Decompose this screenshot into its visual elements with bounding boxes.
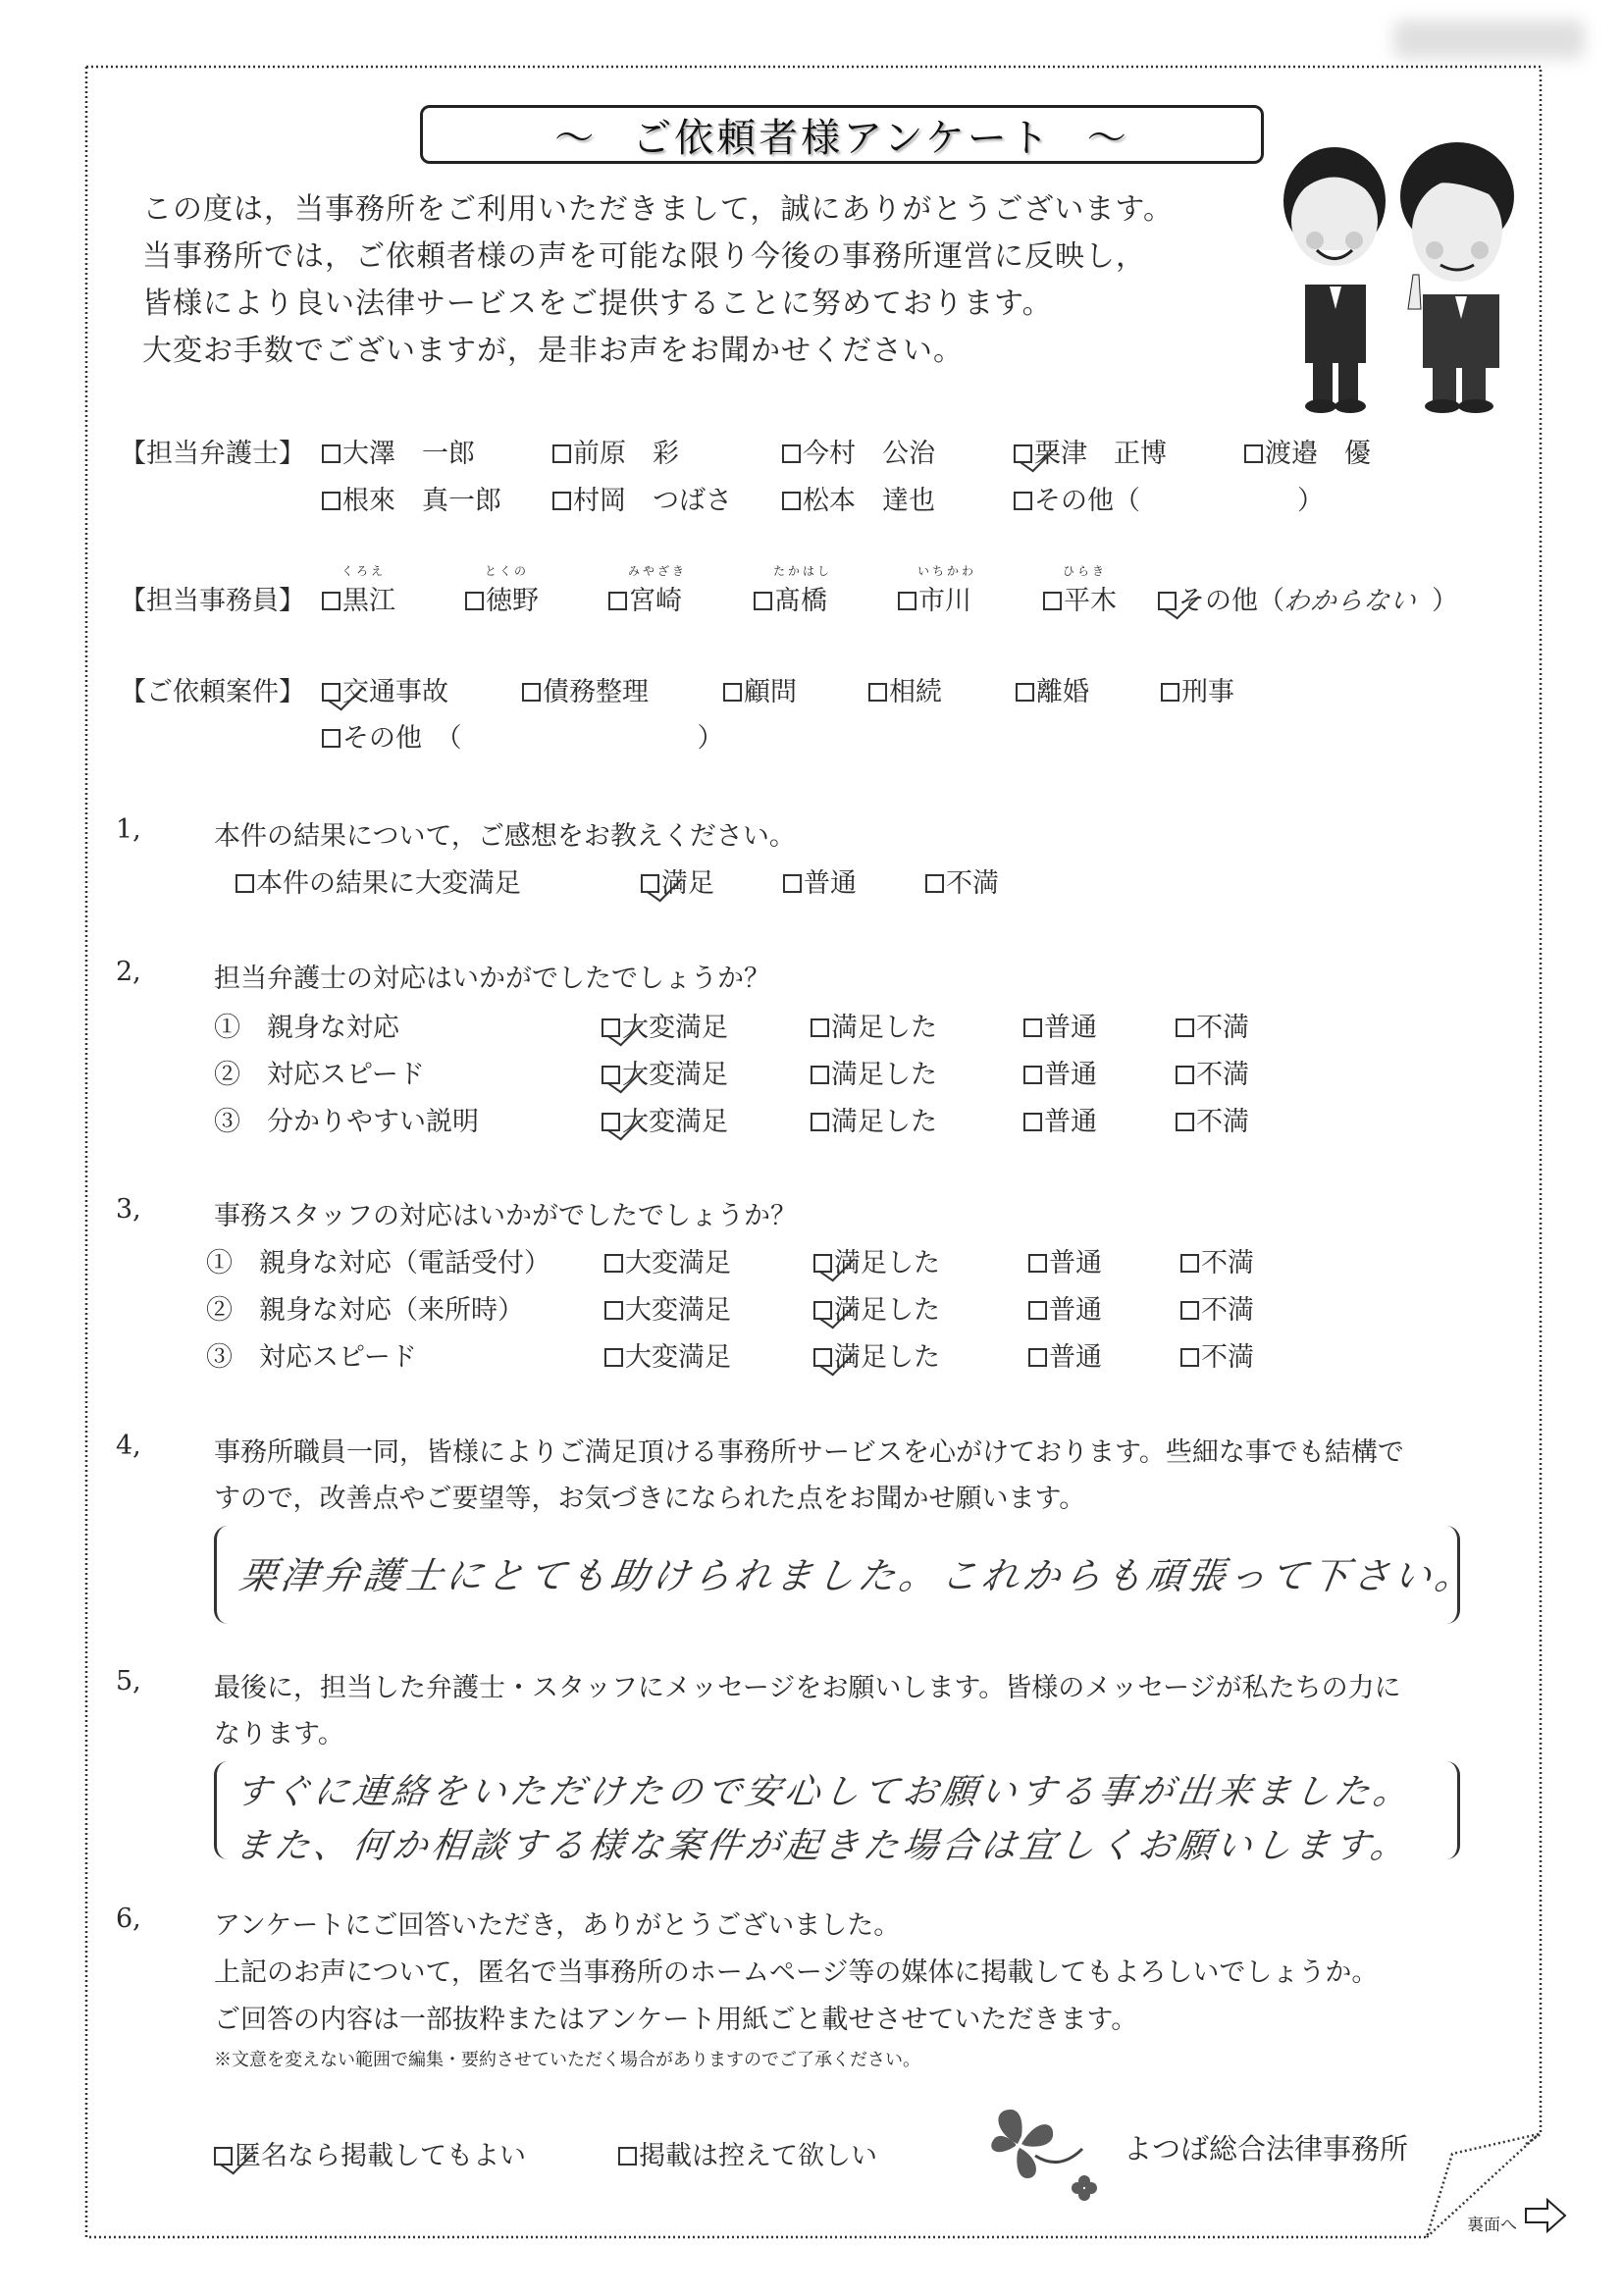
rating-option[interactable]: 不満 <box>1180 1241 1254 1279</box>
option-label: 本件の結果に大変満足 <box>256 861 521 900</box>
option-label: 徳野 <box>486 579 539 617</box>
option-label: 大変満足 <box>625 1335 731 1374</box>
checkbox[interactable] <box>782 492 801 510</box>
intro-line: 当事務所では，ご依頼者様の声を可能な限り今後の事務所運営に反映し， <box>142 234 1174 281</box>
tilde-right: ～ <box>1087 107 1129 163</box>
title-text: ご依頼者様アンケート <box>632 107 1052 163</box>
q1-option[interactable]: 満足 <box>641 861 714 900</box>
rating-option[interactable]: 大変満足 <box>604 1288 731 1327</box>
staff-option-other[interactable]: その他（わからない） <box>1158 579 1458 617</box>
option-label: 平木 <box>1064 579 1117 617</box>
option-label: 市川 <box>918 579 971 617</box>
q1-option[interactable]: 本件の結果に大変満足 <box>236 861 521 900</box>
question-text: 上記のお声について，匿名で当事務所のホームページ等の媒体に掲載してもよろしいでし… <box>214 1951 1378 1989</box>
checkbox-checked[interactable] <box>602 1113 620 1131</box>
publish-option[interactable]: 掲載は控えて欲しい <box>618 2134 877 2172</box>
furigana: くろえ <box>341 562 386 579</box>
lawyers-label: 【担当弁護士】 <box>120 432 305 470</box>
checkbox[interactable] <box>236 874 254 893</box>
rating-option[interactable]: 普通 <box>1028 1288 1102 1327</box>
case-option-other[interactable]: その他 （） <box>322 716 724 755</box>
case-option[interactable]: 債務整理 <box>522 670 649 708</box>
rating-option[interactable]: 不満 <box>1176 1006 1249 1044</box>
checkbox[interactable] <box>1016 683 1034 702</box>
option-label: 不満 <box>1196 1100 1249 1138</box>
option-label: 不満 <box>1201 1335 1254 1374</box>
lawyer-option[interactable]: 今村 公治 <box>782 432 935 470</box>
checkbox[interactable] <box>1161 683 1179 702</box>
staff-option[interactable]: みやざき宮崎 <box>608 579 682 617</box>
other-input-handwritten[interactable]: わからない <box>1282 581 1434 617</box>
option-label: 松本 達也 <box>803 479 935 517</box>
checkbox[interactable] <box>754 592 772 610</box>
furigana: みやざき <box>628 562 687 579</box>
checkbox[interactable] <box>1176 1113 1194 1131</box>
option-label: 刑事 <box>1181 670 1234 708</box>
checkbox[interactable] <box>604 1348 623 1367</box>
option-label: 満足した <box>831 1053 937 1091</box>
staff-option[interactable]: とくの徳野 <box>465 579 539 617</box>
clover-logo-icon <box>986 2105 1104 2213</box>
checkbox-checked[interactable] <box>214 2147 233 2166</box>
lawyer-option[interactable]: 栗津 正博 <box>1014 432 1167 470</box>
question-number: 2, <box>116 957 141 987</box>
intro-line: 大変お手数でございますが，是非お声をお聞かせください。 <box>142 328 1174 375</box>
case-option[interactable]: 顧問 <box>723 670 797 708</box>
rating-option[interactable]: 大変満足 <box>604 1241 731 1279</box>
rating-option[interactable]: 普通 <box>1023 1053 1097 1091</box>
tilde-left: ～ <box>554 107 597 163</box>
checkbox[interactable] <box>1023 1018 1042 1037</box>
lawyers-illustration <box>1256 137 1521 422</box>
lawyer-option-other[interactable]: その他（） <box>1014 479 1324 517</box>
option-label: 村岡 つばさ <box>573 479 732 517</box>
handwritten-answer: 栗津弁護士にとても助けられました。これからも頑張って下さい。 <box>236 1545 1481 1599</box>
option-label: 大変満足 <box>625 1288 731 1327</box>
option-label: 根來 真一郎 <box>342 479 501 517</box>
option-label: 満足した <box>831 1100 937 1138</box>
option-label: 普通 <box>804 861 857 900</box>
option-label: 満足した <box>831 1006 937 1044</box>
case-option[interactable]: 相続 <box>868 670 942 708</box>
checkbox[interactable] <box>1176 1066 1194 1084</box>
option-label: 黒江 <box>342 579 395 617</box>
checkbox[interactable] <box>1023 1066 1042 1084</box>
checkbox[interactable] <box>552 492 571 510</box>
option-label: 不満 <box>1201 1241 1254 1279</box>
option-label: 前原 彩 <box>573 432 679 470</box>
staff-option[interactable]: ひらき平木 <box>1043 579 1117 617</box>
case-type-label: 【ご依頼案件】 <box>120 670 305 708</box>
checkbox[interactable] <box>1028 1348 1047 1367</box>
furigana: いちかわ <box>917 562 976 579</box>
question-text: 事務所職員一同，皆様によりご満足頂ける事務所サービスを心がけております。些細な事… <box>214 1431 1404 1469</box>
option-label: 掲載は控えて欲しい <box>639 2134 877 2172</box>
checkbox[interactable] <box>1180 1254 1199 1273</box>
checkbox[interactable] <box>618 2147 637 2166</box>
question-text: ご回答の内容は一部抜粋またはアンケート用紙ごと載せさせていただきます。 <box>214 1998 1137 2036</box>
checkbox-checked[interactable] <box>602 1018 620 1037</box>
staff-option[interactable]: たかはし髙橋 <box>754 579 827 617</box>
case-option[interactable]: 離婚 <box>1016 670 1089 708</box>
option-label: 不満 <box>1201 1288 1254 1327</box>
handwritten-answer: すぐに連絡をいただけたので安心してお願いする事が出来ました。 <box>232 1764 1416 1814</box>
rating-option[interactable]: 不満 <box>1176 1100 1249 1138</box>
rating-option[interactable]: 大変満足 <box>604 1335 731 1374</box>
lawyer-option[interactable]: 村岡 つばさ <box>552 479 732 517</box>
question-number: 6, <box>116 1904 141 1934</box>
checkbox[interactable] <box>1028 1254 1047 1273</box>
question-text: 本件の結果について，ご感想をお教えください。 <box>214 814 796 853</box>
option-label: 宮崎 <box>629 579 682 617</box>
right-arrow-icon[interactable] <box>1524 2198 1567 2233</box>
rating-option[interactable]: 不満 <box>1180 1288 1254 1327</box>
close-paren: ） <box>1297 479 1324 517</box>
option-label: 匿名なら掲載してもよい <box>235 2134 526 2172</box>
checkbox[interactable] <box>604 1301 623 1320</box>
question-text: 担当弁護士の対応はいかがでしたでしょうか？ <box>214 957 770 995</box>
checkbox[interactable] <box>1014 492 1032 510</box>
case-option[interactable]: 刑事 <box>1161 670 1234 708</box>
lawyer-option[interactable]: 松本 達也 <box>782 479 935 517</box>
option-label: 普通 <box>1049 1335 1102 1374</box>
next-page-label[interactable]: 裏面へ <box>1467 2211 1517 2235</box>
checkbox[interactable] <box>811 1113 829 1131</box>
option-label: 普通 <box>1044 1053 1097 1091</box>
staff-option[interactable]: くろえ黒江 <box>322 579 395 617</box>
question-text: すので，改善点やご要望等，お気づきになられた点をお聞かせ願います。 <box>214 1477 1085 1515</box>
lawyer-option[interactable]: 渡邉 優 <box>1244 432 1371 470</box>
option-label: 不満 <box>946 861 999 900</box>
checkbox-checked[interactable] <box>322 683 340 702</box>
option-label: 不満 <box>1196 1006 1249 1044</box>
option-label: 大変満足 <box>625 1241 731 1279</box>
checkbox[interactable] <box>868 683 887 702</box>
checkbox-checked[interactable] <box>1158 592 1177 610</box>
lawyer-option[interactable]: 大澤 一郎 <box>322 432 475 470</box>
furigana: とくの <box>485 562 529 579</box>
checkbox[interactable] <box>522 683 541 702</box>
furigana: ひらき <box>1063 562 1107 579</box>
checkbox[interactable] <box>465 592 484 610</box>
checkbox-checked[interactable] <box>1014 444 1032 463</box>
option-label: 普通 <box>1044 1100 1097 1138</box>
sub-question: ① 親身な対応（電話受付） <box>206 1241 550 1279</box>
question-text: 最後に，担当した弁護士・スタッフにメッセージをお願いします。皆様のメッセージが私… <box>214 1666 1401 1704</box>
checkbox-checked[interactable] <box>602 1066 620 1084</box>
intro-text: この度は，当事務所をご利用いただきまして，誠にありがとうございます。 当事務所で… <box>142 186 1174 375</box>
option-label: 債務整理 <box>543 670 649 708</box>
sub-question: ③ 分かりやすい説明 <box>214 1100 479 1138</box>
option-label: その他 （ <box>342 716 462 755</box>
q1-option[interactable]: 不満 <box>925 861 999 900</box>
checkbox[interactable] <box>1176 1018 1194 1037</box>
publish-option[interactable]: 匿名なら掲載してもよい <box>214 2134 526 2172</box>
checkbox[interactable] <box>1180 1301 1199 1320</box>
question-number: 3, <box>116 1194 141 1225</box>
rating-option[interactable]: 満足した <box>813 1335 940 1374</box>
option-label: その他（ <box>1034 479 1140 517</box>
checkbox[interactable] <box>811 1018 829 1037</box>
checkbox[interactable] <box>322 444 340 463</box>
furigana: たかはし <box>773 562 832 579</box>
rating-option[interactable]: 不満 <box>1180 1335 1254 1374</box>
lawyer-option[interactable]: 根來 真一郎 <box>322 479 501 517</box>
checkbox[interactable] <box>925 874 944 893</box>
option-label: 顧問 <box>744 670 797 708</box>
rating-option[interactable]: 満足した <box>811 1100 937 1138</box>
checkbox[interactable] <box>322 492 340 510</box>
checkbox-checked[interactable] <box>641 874 659 893</box>
question-number: 1, <box>116 814 141 845</box>
checkbox[interactable] <box>604 1254 623 1273</box>
option-label: 髙橋 <box>774 579 827 617</box>
checkbox[interactable] <box>723 683 742 702</box>
intro-line: 皆様により良い法律サービスをご提供することに努めております。 <box>142 281 1174 328</box>
checkbox[interactable] <box>898 592 916 610</box>
checkbox[interactable] <box>1244 444 1263 463</box>
option-label: 相続 <box>889 670 942 708</box>
checkbox[interactable] <box>322 729 340 748</box>
option-label: 普通 <box>1049 1241 1102 1279</box>
sub-question: ① 親身な対応 <box>214 1006 399 1044</box>
checkbox[interactable] <box>322 592 340 610</box>
rating-option[interactable]: 満足した <box>813 1288 940 1327</box>
question-text: 事務スタッフの対応はいかがでしたでしょうか？ <box>214 1194 797 1232</box>
checkbox[interactable] <box>1043 592 1062 610</box>
question-number: 5, <box>116 1666 141 1696</box>
checkbox-checked[interactable] <box>813 1254 832 1273</box>
question-text: アンケートにご回答いただき，ありがとうございました。 <box>214 1904 900 1942</box>
sub-question: ② 親身な対応（来所時） <box>206 1288 524 1327</box>
q1-option[interactable]: 普通 <box>783 861 857 900</box>
question-text: なります。 <box>214 1712 344 1750</box>
rating-option[interactable]: 満足した <box>813 1241 940 1279</box>
checkbox[interactable] <box>608 592 627 610</box>
staff-label: 【担当事務員】 <box>120 579 305 617</box>
option-label: 離婚 <box>1036 670 1089 708</box>
checkbox[interactable] <box>811 1066 829 1084</box>
option-label: 渡邉 優 <box>1265 432 1371 470</box>
checkbox-checked[interactable] <box>813 1348 832 1367</box>
close-paren: ） <box>1432 579 1458 617</box>
rating-option[interactable]: 不満 <box>1176 1053 1249 1091</box>
handwritten-answer: また、何か相談する様な案件が起きた場合は宜しくお願いします。 <box>232 1818 1413 1868</box>
intro-line: この度は，当事務所をご利用いただきまして，誠にありがとうございます。 <box>142 186 1174 234</box>
rating-option[interactable]: 大変満足 <box>602 1100 728 1138</box>
rating-option[interactable]: 満足した <box>811 1006 937 1044</box>
checkbox[interactable] <box>1023 1113 1042 1131</box>
checkbox[interactable] <box>1180 1348 1199 1367</box>
checkbox-checked[interactable] <box>813 1301 832 1320</box>
option-label: 普通 <box>1044 1006 1097 1044</box>
option-label: 不満 <box>1196 1053 1249 1091</box>
sub-question: ② 対応スピード <box>214 1053 425 1091</box>
rating-option[interactable]: 普通 <box>1028 1241 1102 1279</box>
rating-option[interactable]: 普通 <box>1028 1335 1102 1374</box>
checkbox[interactable] <box>552 444 571 463</box>
rating-option[interactable]: 大変満足 <box>602 1006 728 1044</box>
checkbox[interactable] <box>783 874 802 893</box>
sub-question: ③ 対応スピード <box>206 1335 417 1374</box>
checkbox[interactable] <box>782 444 801 463</box>
close-paren: ） <box>698 716 724 755</box>
rating-option[interactable]: 大変満足 <box>602 1053 728 1091</box>
disclaimer-note: ※文意を変えない範囲で編集・要約させていただく場合がありますのでご了承ください。 <box>214 2046 920 2071</box>
office-name: よつば総合法律事務所 <box>1124 2127 1408 2167</box>
option-label: 普通 <box>1049 1288 1102 1327</box>
option-label: 今村 公治 <box>803 432 935 470</box>
lawyer-option[interactable]: 前原 彩 <box>552 432 679 470</box>
rating-option[interactable]: 普通 <box>1023 1006 1097 1044</box>
survey-title: ～ ご依頼者様アンケート ～ <box>420 105 1264 164</box>
case-option[interactable]: 交通事故 <box>322 670 448 708</box>
rating-option[interactable]: 普通 <box>1023 1100 1097 1138</box>
checkbox[interactable] <box>1028 1301 1047 1320</box>
question-number: 4, <box>116 1431 141 1461</box>
rating-option[interactable]: 満足した <box>811 1053 937 1091</box>
option-label: 大澤 一郎 <box>342 432 475 470</box>
staff-option[interactable]: いちかわ市川 <box>898 579 971 617</box>
